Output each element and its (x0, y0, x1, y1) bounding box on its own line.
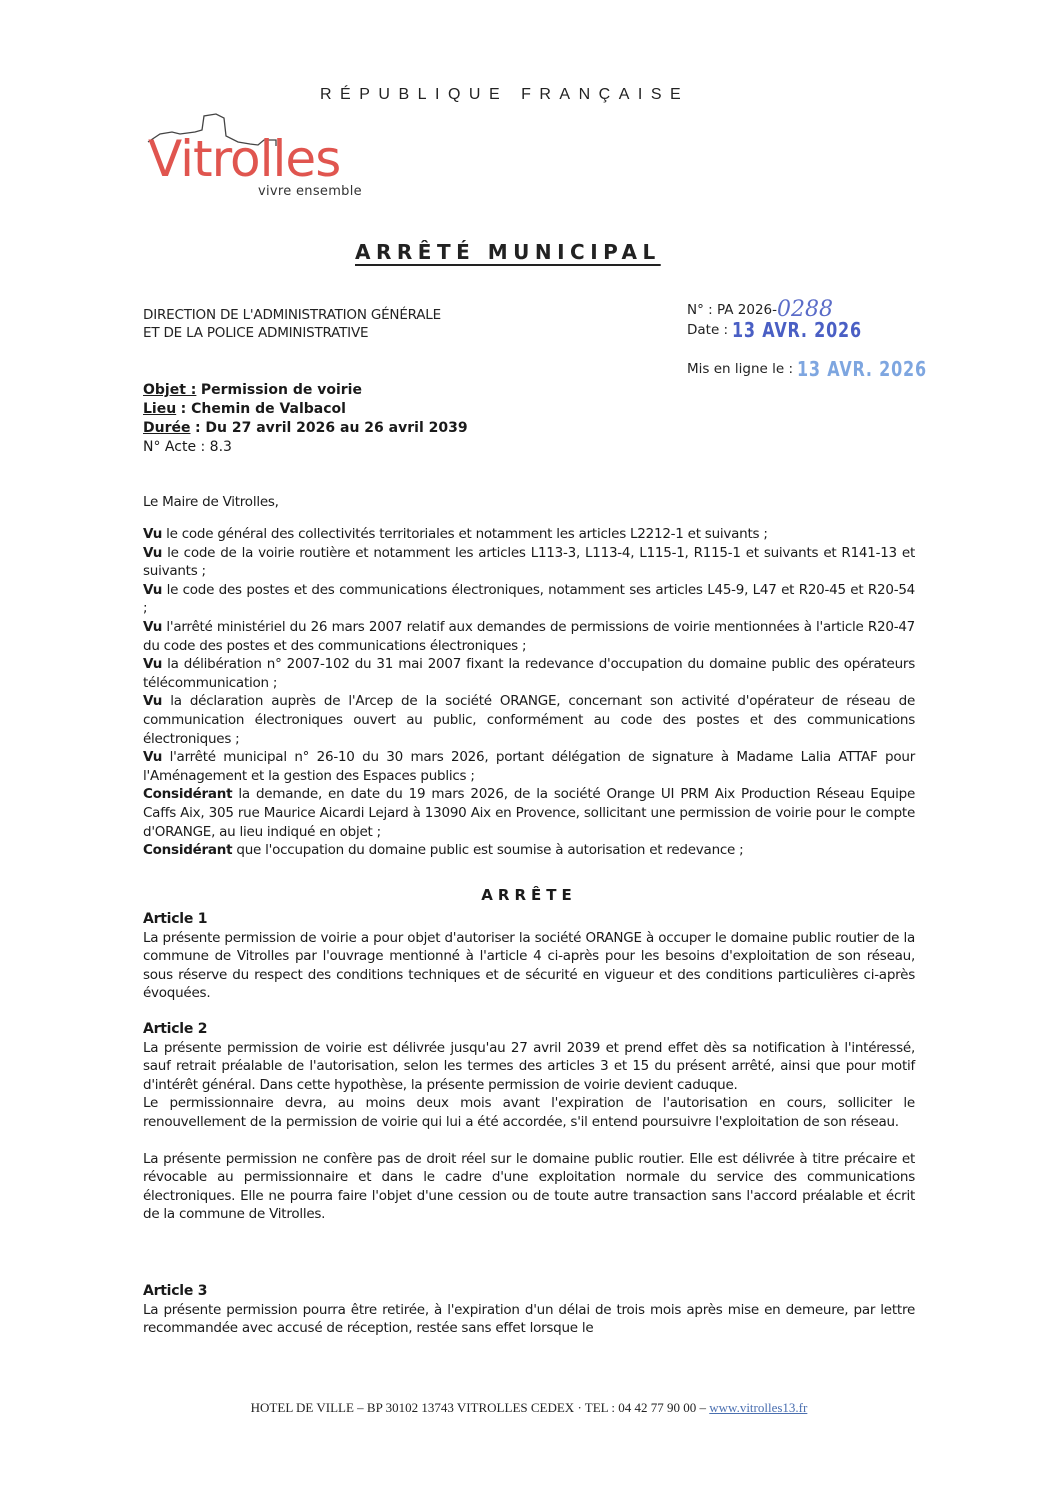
objet-value: Permission de voirie (201, 382, 362, 398)
duree-label: Durée (143, 420, 190, 436)
visa-item: Vu l'arrêté ministériel du 26 mars 2007 … (143, 618, 915, 655)
reference-block: N° : PA 2026-0288 Date : 13 AVR. 2026 (687, 300, 895, 340)
acte-number: N° Acte : 8.3 (143, 438, 468, 457)
visa-text: que l'occupation du domaine public est s… (232, 842, 743, 858)
article-1: Article 1 La présente permission de voir… (143, 910, 915, 1003)
logo-name: Vitrolles (148, 134, 340, 184)
visa-text: le code de la voirie routière et notamme… (143, 545, 915, 580)
article-2-paragraph: La présente permission de voirie est dél… (143, 1039, 915, 1095)
visa-text: la déclaration auprès de l'Arcep de la s… (143, 693, 915, 746)
date-stamp: 13 AVR. 2026 (732, 320, 862, 340)
article-1-title: Article 1 (143, 910, 915, 929)
objet-label: Objet : (143, 382, 196, 398)
online-date-stamp: 13 AVR. 2026 (797, 357, 927, 381)
footer-address-text: HOTEL DE VILLE – BP 30102 13743 VITROLLE… (251, 1400, 710, 1415)
visa-item: Vu le code de la voirie routière et nota… (143, 544, 915, 581)
direction-line-2: ET DE LA POLICE ADMINISTRATIVE (143, 324, 441, 342)
logo-tagline: vivre ensemble (258, 184, 362, 199)
visa-text: l'arrêté ministériel du 26 mars 2007 rel… (143, 619, 915, 654)
article-2-paragraph: Le permissionnaire devra, au moins deux … (143, 1094, 915, 1131)
article-1-paragraph: La présente permission de voirie a pour … (143, 929, 915, 1003)
arrete-heading: ARRÊTE (0, 886, 1058, 904)
article-2: Article 2 La présente permission de voir… (143, 1020, 915, 1224)
visa-item: Vu l'arrêté municipal n° 26-10 du 30 mar… (143, 748, 915, 785)
article-3-title: Article 3 (143, 1282, 915, 1301)
republique-francaise-header: RÉPUBLIQUE FRANÇAISE (320, 86, 689, 104)
visa-item: Considérant la demande, en date du 19 ma… (143, 785, 915, 841)
lieu-label: Lieu (143, 401, 176, 417)
article-3-paragraph: La présente permission pourra être retir… (143, 1301, 915, 1338)
article-2-paragraph: La présente permission ne confère pas de… (143, 1150, 915, 1224)
visa-lead: Considérant (143, 786, 232, 802)
subject-block: Objet : Permission de voirie Lieu : Chem… (143, 381, 468, 457)
footer-address: HOTEL DE VILLE – BP 30102 13743 VITROLLE… (0, 1400, 1058, 1416)
website-link[interactable]: www.vitrolles13.fr (709, 1400, 807, 1415)
online-publication: Mis en ligne le : 13 AVR. 2026 (687, 357, 960, 381)
online-label: Mis en ligne le : (687, 361, 793, 377)
direction-line-1: DIRECTION DE L'ADMINISTRATION GÉNÉRALE (143, 306, 441, 324)
visa-lead: Vu (143, 582, 162, 598)
visa-item: Vu le code général des collectivités ter… (143, 525, 915, 544)
visas-list: Vu le code général des collectivités ter… (143, 525, 915, 860)
article-2-title: Article 2 (143, 1020, 915, 1039)
visa-item: Vu la délibération n° 2007-102 du 31 mai… (143, 655, 915, 692)
visa-lead: Vu (143, 526, 162, 542)
visa-text: le code des postes et des communications… (143, 582, 915, 617)
visa-text: l'arrêté municipal n° 26-10 du 30 mars 2… (143, 749, 915, 784)
visa-lead: Vu (143, 749, 162, 765)
visa-lead: Vu (143, 545, 162, 561)
vitrolles-logo: Vitrolles vivre ensemble (140, 112, 410, 212)
visa-lead: Vu (143, 656, 162, 672)
visa-item: Vu le code des postes et des communicati… (143, 581, 915, 618)
visa-text: le code général des collectivités territ… (162, 526, 768, 542)
visa-text: la délibération n° 2007-102 du 31 mai 20… (143, 656, 915, 691)
duree-value: : Du 27 avril 2026 au 26 avril 2039 (195, 420, 468, 436)
issuing-direction: DIRECTION DE L'ADMINISTRATION GÉNÉRALE E… (143, 306, 441, 342)
article-3: Article 3 La présente permission pourra … (143, 1282, 915, 1338)
visa-lead: Vu (143, 693, 162, 709)
intro-line: Le Maire de Vitrolles, (143, 493, 915, 512)
visa-lead: Vu (143, 619, 162, 635)
visa-item: Vu la déclaration auprès de l'Arcep de l… (143, 692, 915, 748)
visa-item: Considérant que l'occupation du domaine … (143, 841, 915, 860)
reference-number-label: N° : PA 2026- (687, 302, 777, 318)
visa-lead: Considérant (143, 842, 232, 858)
date-label: Date : (687, 322, 728, 338)
document-title: ARRÊTÉ MUNICIPAL (355, 240, 661, 264)
visa-text: la demande, en date du 19 mars 2026, de … (143, 786, 915, 839)
lieu-value: : Chemin de Valbacol (181, 401, 346, 417)
